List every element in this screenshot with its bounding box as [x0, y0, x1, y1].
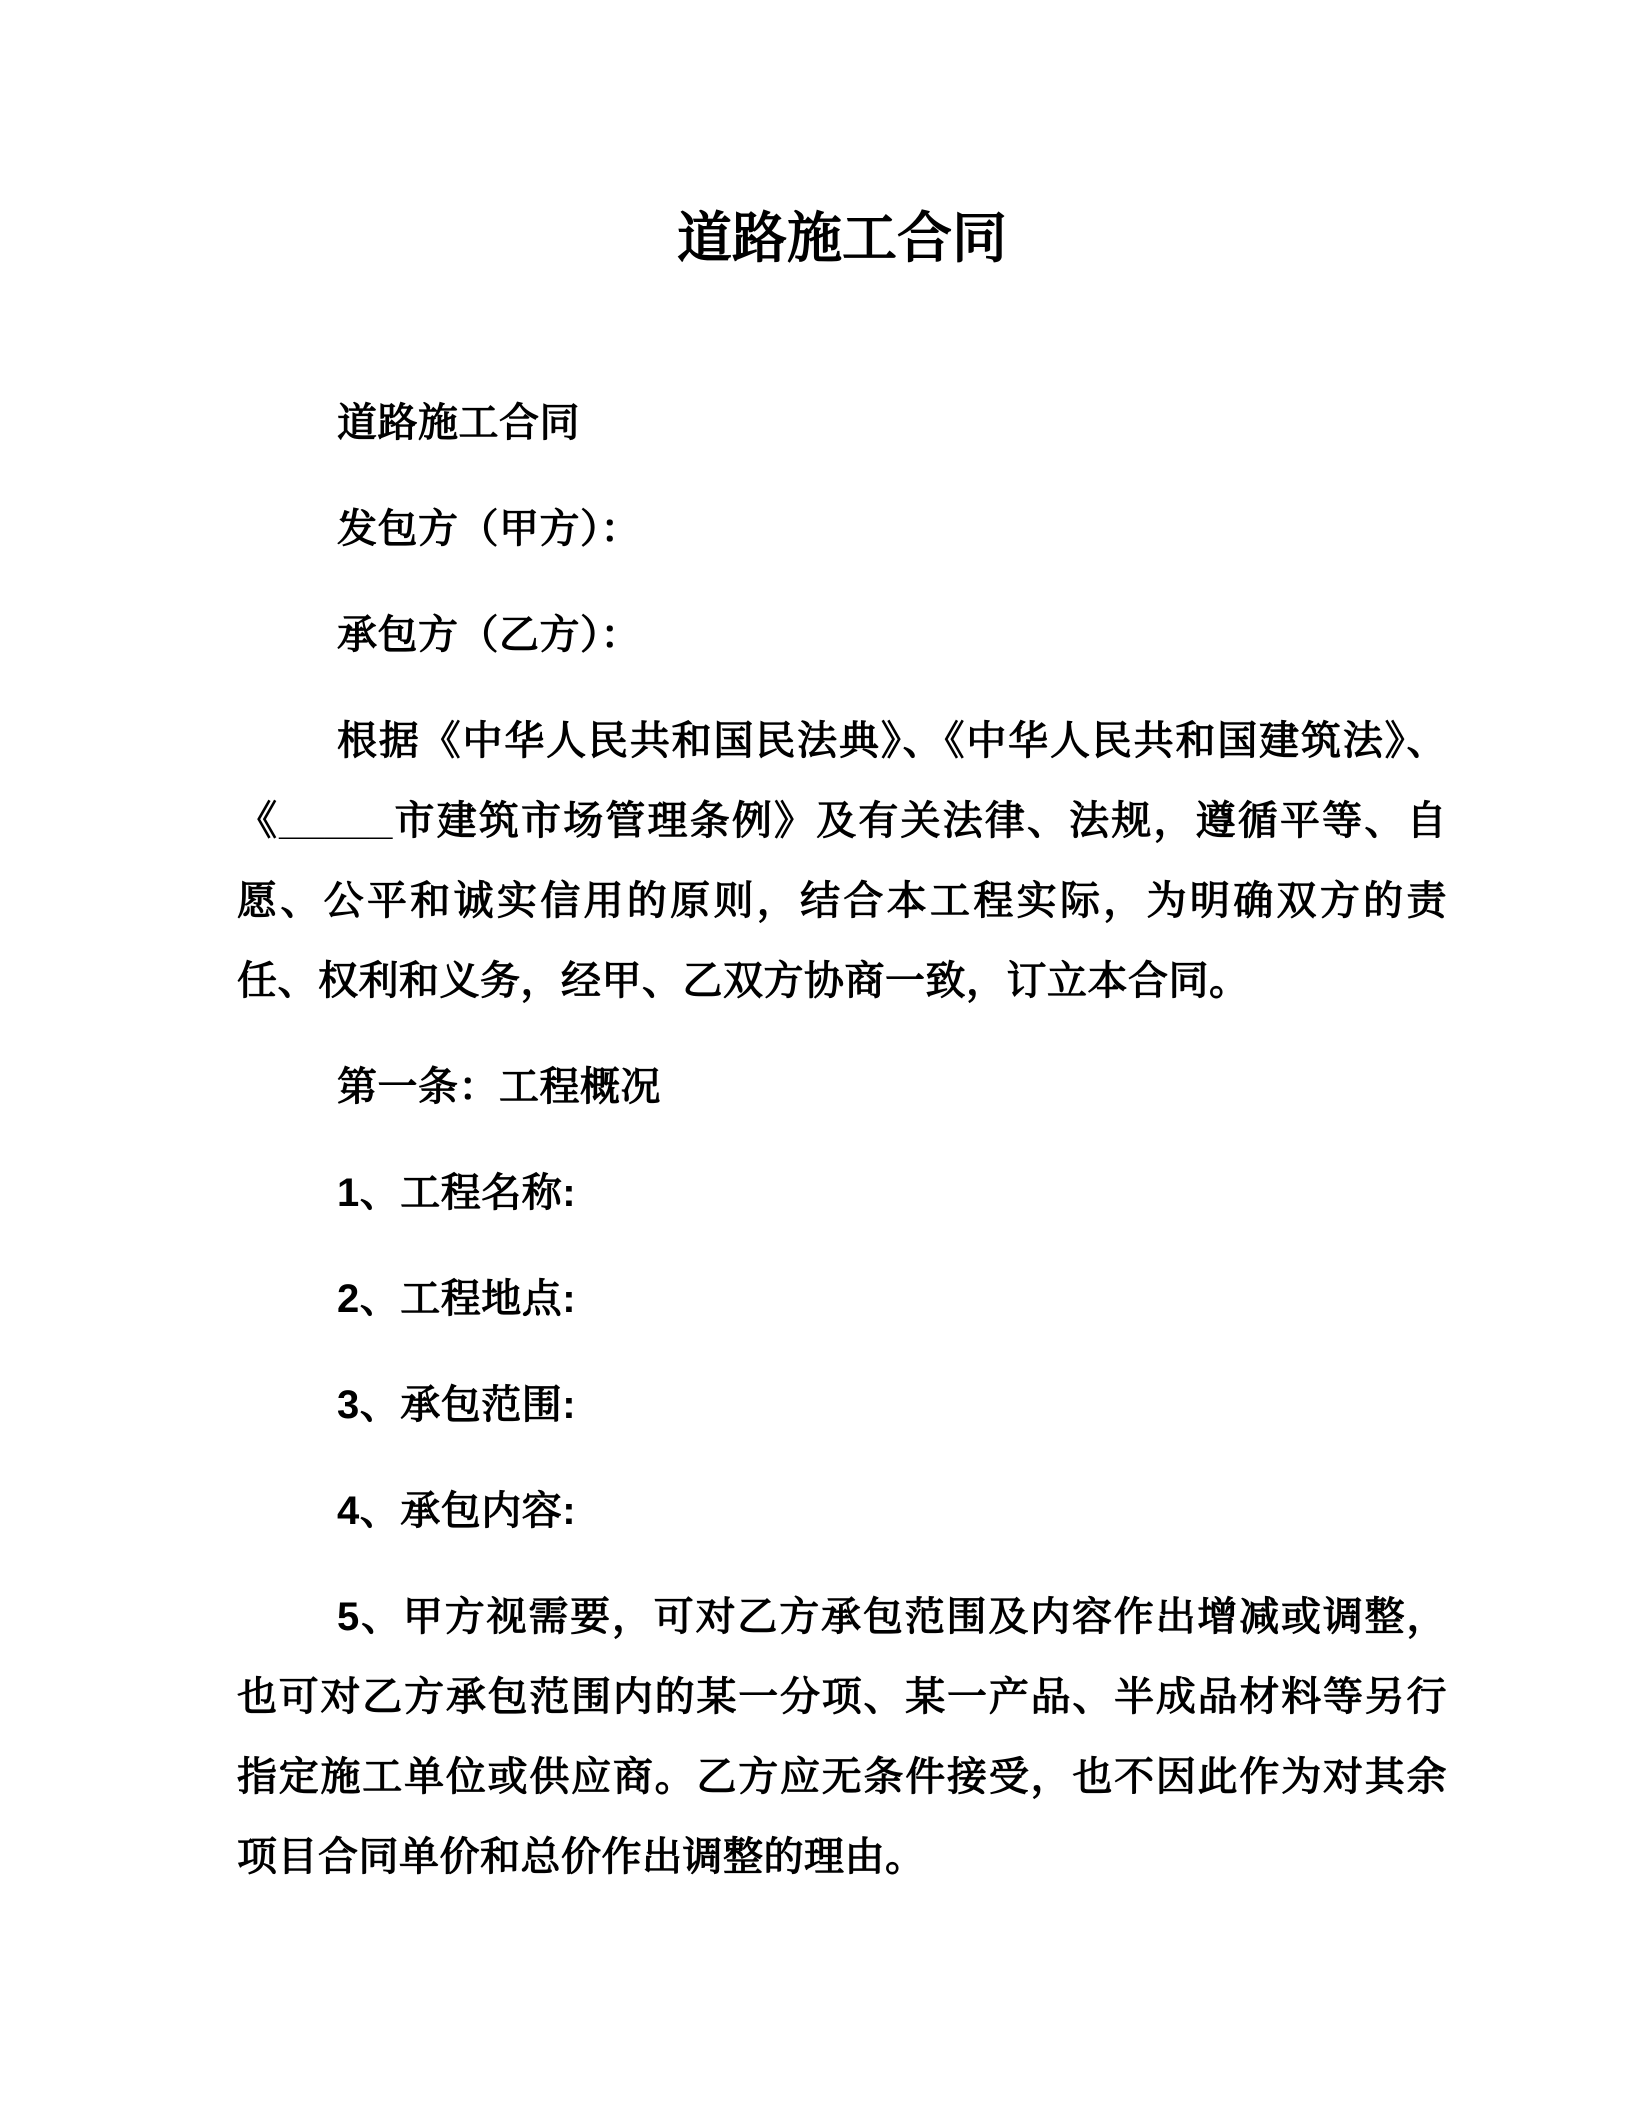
doc-subtitle: 道路施工合同: [237, 383, 1447, 463]
article-1-heading: 第一条：工程概况: [237, 1047, 1447, 1127]
party-b-line: 承包方（乙方）：: [237, 595, 1447, 675]
item-contract-content: 4、承包内容:: [237, 1471, 1447, 1551]
document-page: 道路施工合同 道路施工合同 发包方（甲方）： 承包方（乙方）： 根据《中华人民共…: [0, 0, 1632, 2112]
preamble-paragraph: 根据《中华人民共和国民法典》、《中华人民共和国建筑法》、《_____市建筑市场管…: [237, 701, 1447, 1021]
clause-5-paragraph: 5、甲方视需要，可对乙方承包范围及内容作出增减或调整，也可对乙方承包范围内的某一…: [237, 1577, 1447, 1897]
party-a-line: 发包方（甲方）：: [237, 489, 1447, 569]
item-project-location: 2、工程地点:: [237, 1259, 1447, 1339]
item-project-name: 1、工程名称:: [237, 1153, 1447, 1233]
item-contract-scope: 3、承包范围:: [237, 1365, 1447, 1445]
page-title: 道路施工合同: [237, 183, 1447, 293]
